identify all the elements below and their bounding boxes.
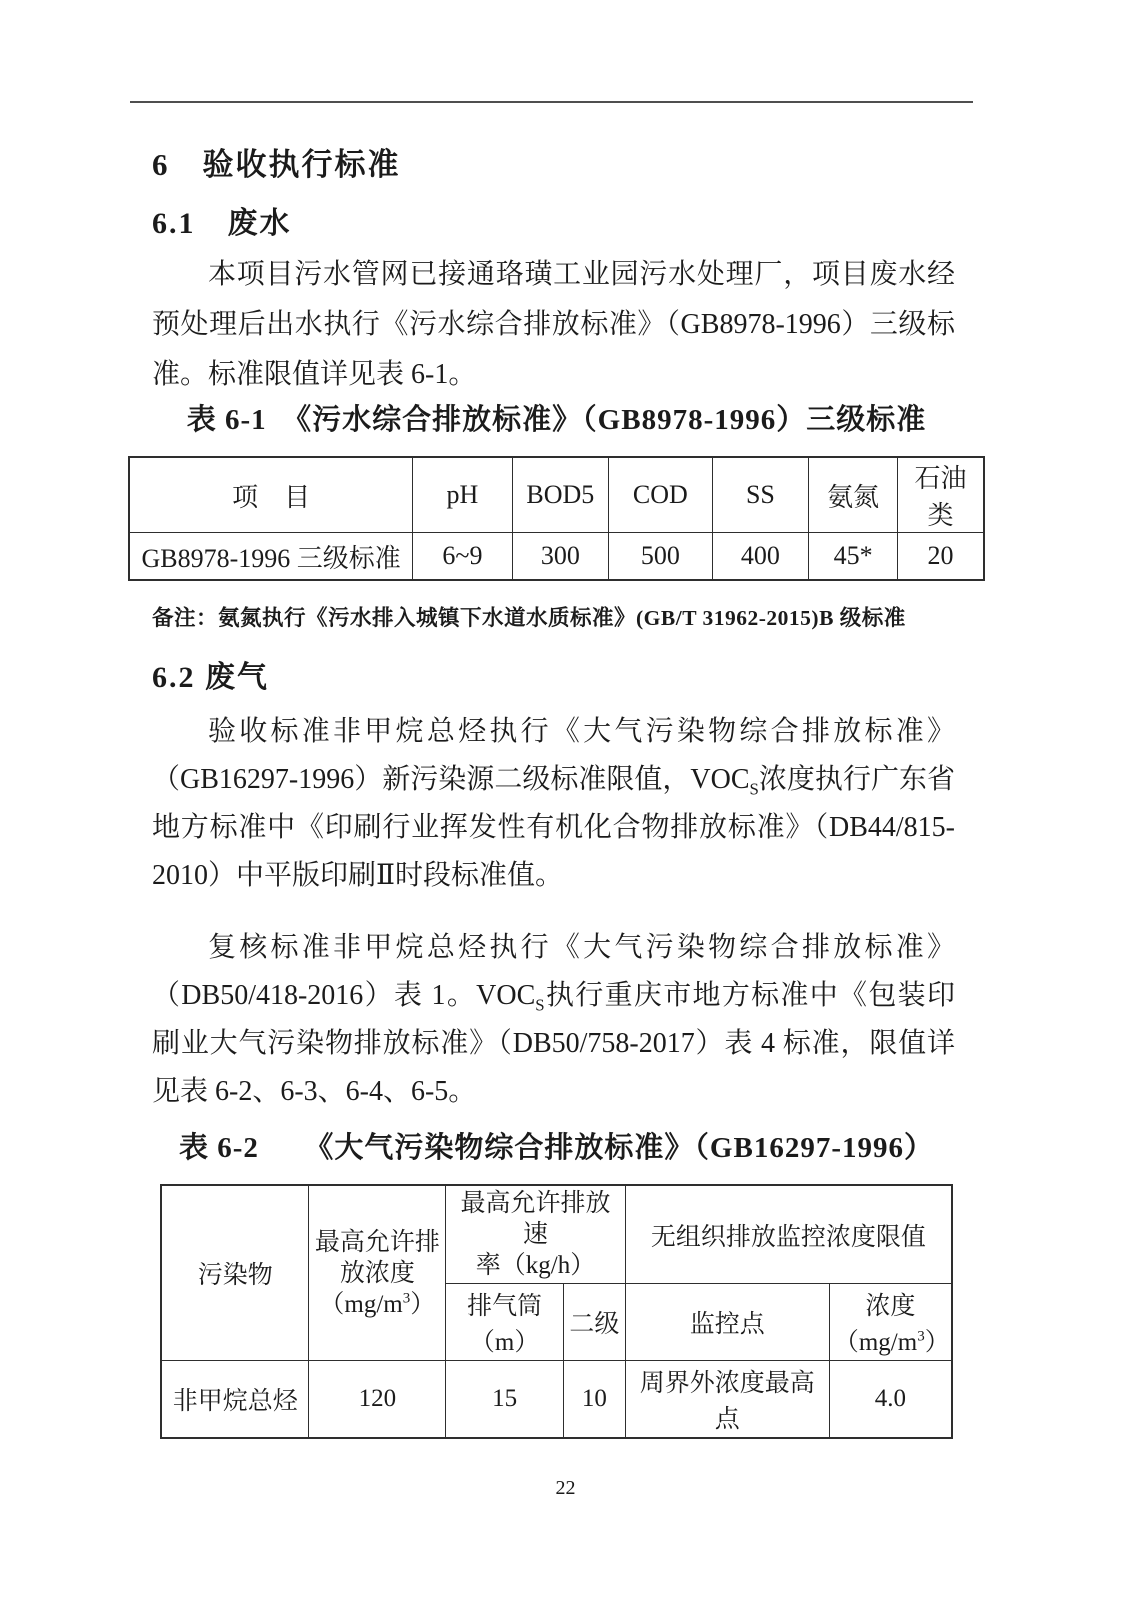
header-line: 放浓度 bbox=[313, 1258, 441, 1289]
table-6-1-cell-ss: 400 bbox=[712, 533, 809, 581]
table-6-1-cell-ammonia: 45* bbox=[809, 533, 898, 581]
table-6-2-header-max-rate: 最高允许排放速 率（kg/h） bbox=[446, 1185, 626, 1284]
table-6-1-title: 表 6-1 《污水综合排放标准》（GB8978-1996）三级标准 bbox=[128, 402, 985, 438]
table-6-1-header-ss: SS bbox=[712, 457, 809, 533]
table-6-2-cell-level-2: 10 bbox=[564, 1361, 626, 1439]
table-6-1-header-item: 项 目 bbox=[129, 457, 413, 533]
table-6-2: 污染物 最高允许排 放浓度 （mg/m3） 最高允许排放速 率（kg/h） 无组… bbox=[160, 1184, 953, 1439]
section-6-2-heading: 6.2 废气 bbox=[152, 659, 985, 696]
table-6-2-cell-stack-height: 15 bbox=[446, 1361, 564, 1439]
table-row: 非甲烷总烃 120 15 10 周界外浓度最高点 4.0 bbox=[161, 1361, 952, 1439]
table-6-1-note: 备注：氨氮执行《污水排入城镇下水道水质标准》(GB/T 31962-2015)B… bbox=[152, 605, 985, 631]
section-6-heading: 6 验收执行标准 bbox=[152, 146, 985, 183]
table-6-2-cell-max-concentration: 120 bbox=[309, 1361, 446, 1439]
header-line: 率（kg/h） bbox=[450, 1250, 621, 1281]
section-6-1-heading: 6.1 废水 bbox=[152, 205, 985, 242]
table-6-2-header-stack-height: 排气筒（m） bbox=[446, 1284, 564, 1361]
table-6-2-header-pollutant: 污染物 bbox=[161, 1185, 309, 1361]
table-row: GB8978-1996 三级标准 6~9 300 500 400 45* 20 bbox=[129, 533, 984, 581]
table-6-2-cell-monitor-point: 周界外浓度最高点 bbox=[625, 1361, 829, 1439]
table-6-1-header-row: 项 目 pH BOD5 COD SS 氨氮 石油类 bbox=[129, 457, 984, 533]
table-6-1-cell-ph: 6~9 bbox=[413, 533, 512, 581]
table-6-2-title: 表 6-2 《大气污染物综合排放标准》（GB16297-1996） bbox=[128, 1130, 985, 1166]
section-6-2-paragraph-1: 验收标准非甲烷总烃执行《大气污染物综合排放标准》（GB16297-1996）新污… bbox=[152, 708, 955, 900]
table-6-2-header-level-2: 二级 bbox=[564, 1284, 626, 1361]
table-6-1-cell-cod: 500 bbox=[609, 533, 712, 581]
table-6-2-header-row-1: 污染物 最高允许排 放浓度 （mg/m3） 最高允许排放速 率（kg/h） 无组… bbox=[161, 1185, 952, 1284]
table-6-2-cell-pollutant: 非甲烷总烃 bbox=[161, 1361, 309, 1439]
table-6-1-cell-petroleum: 20 bbox=[898, 533, 984, 581]
document-page: 6 验收执行标准 6.1 废水 本项目污水管网已接通珞璜工业园污水处理厂，项目废… bbox=[0, 0, 1131, 1600]
table-6-1-cell-bod5: 300 bbox=[512, 533, 609, 581]
table-6-1-cell-standard: GB8978-1996 三级标准 bbox=[129, 533, 413, 581]
table-6-2-header-fugitive-limit: 无组织排放监控浓度限值 bbox=[625, 1185, 952, 1284]
vocs-subscript: S bbox=[535, 996, 544, 1015]
table-6-1-header-ph: pH bbox=[413, 457, 512, 533]
header-line: 最高允许排 bbox=[313, 1227, 441, 1258]
header-line: 最高允许排放速 bbox=[450, 1188, 621, 1250]
vocs-subscript: S bbox=[750, 780, 759, 799]
page-number: 22 bbox=[0, 1477, 1131, 1500]
table-6-2-cell-monitor-concentration: 4.0 bbox=[829, 1361, 952, 1439]
table-6-1-header-bod5: BOD5 bbox=[512, 457, 609, 533]
table-6-1-header-petroleum: 石油类 bbox=[898, 457, 984, 533]
section-6-1-paragraph: 本项目污水管网已接通珞璜工业园污水处理厂，项目废水经预处理后出水执行《污水综合排… bbox=[152, 250, 955, 400]
superscript-3: 3 bbox=[917, 1329, 925, 1345]
table-6-1-header-cod: COD bbox=[609, 457, 712, 533]
section-6-2-paragraph-2: 复核标准非甲烷总烃执行《大气污染物综合排放标准》（DB50/418-2016）表… bbox=[152, 924, 955, 1116]
table-6-2-header-max-concentration: 最高允许排 放浓度 （mg/m3） bbox=[309, 1185, 446, 1361]
table-6-2-header-monitor-concentration: 浓度（mg/m3） bbox=[829, 1284, 952, 1361]
header-line-unit: （mg/m3） bbox=[313, 1289, 441, 1320]
table-6-1-header-ammonia: 氨氮 bbox=[809, 457, 898, 533]
table-6-1: 项 目 pH BOD5 COD SS 氨氮 石油类 GB8978-1996 三级… bbox=[128, 456, 985, 581]
table-6-2-header-monitor-point: 监控点 bbox=[625, 1284, 829, 1361]
page-content: 6 验收执行标准 6.1 废水 本项目污水管网已接通珞璜工业园污水处理厂，项目废… bbox=[128, 0, 985, 1439]
